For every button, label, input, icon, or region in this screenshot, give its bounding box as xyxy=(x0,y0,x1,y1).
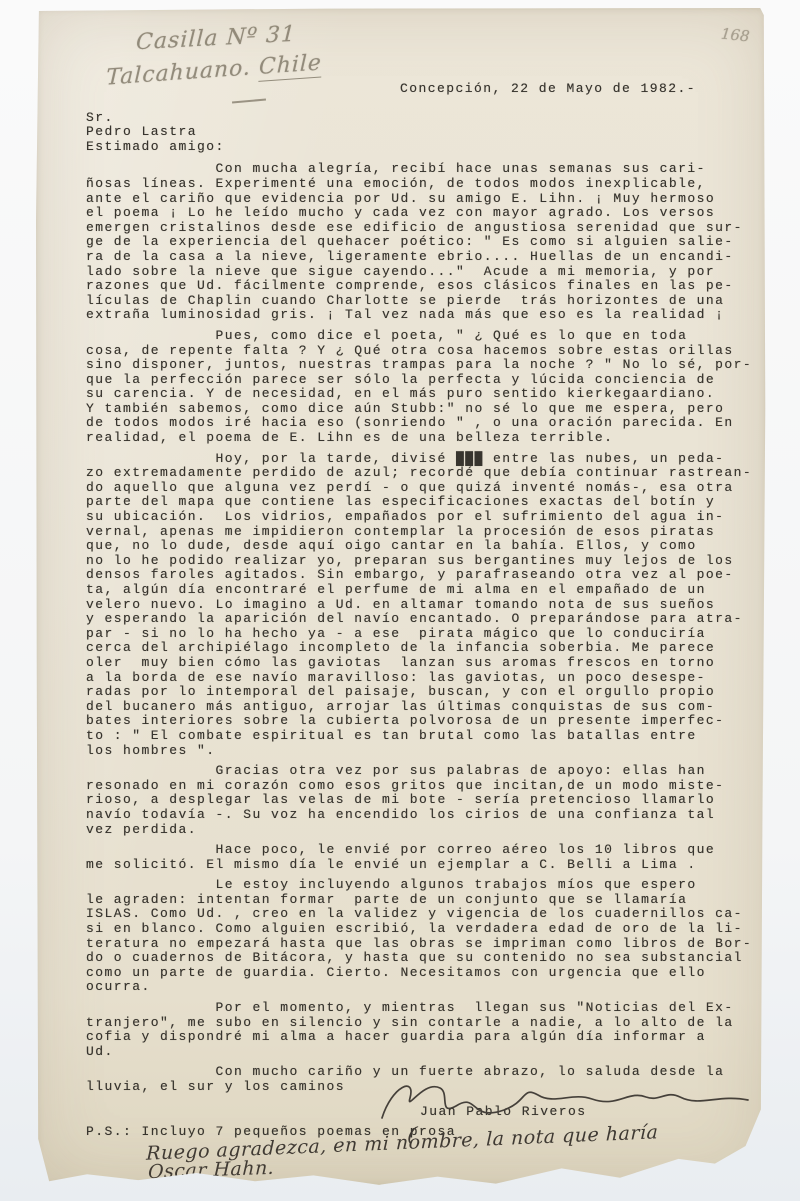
typed-line: emergen cristalinos desde ese edificio d… xyxy=(86,221,764,236)
typed-line: no lo he podido realizar yo, preparan su… xyxy=(86,554,764,569)
typed-line: Con mucho cariño y un fuerte abrazo, lo … xyxy=(86,1065,764,1080)
typed-line: ñosas líneas. Experimenté una emoción, d… xyxy=(86,177,764,192)
typed-line: navío todavía -. Su voz ha encendido los… xyxy=(86,808,764,823)
paragraph: Hace poco, le envié por correo aéreo los… xyxy=(86,843,764,872)
typed-line: ante el cariño que evidencia por Ud. su … xyxy=(86,192,764,207)
paragraph: Con mucho cariño y un fuerte abrazo, lo … xyxy=(86,1065,764,1094)
typed-line: cofia y dispondré mi alma a hacer guardi… xyxy=(86,1030,764,1045)
scan-background: { "colors":{"paper":"#e9e3d4","typed_ink… xyxy=(0,0,800,1201)
typed-line: parte del mapa que contiene las especifi… xyxy=(86,495,764,510)
pencil-annotation-casilla: Casilla Nº 31 xyxy=(135,22,296,55)
typed-line: tranjero", me subo en silencio y sin con… xyxy=(86,1016,764,1031)
typed-line: radas por lo intemporal del paisaje, bus… xyxy=(86,685,764,700)
typed-line: Pues, como dice el poeta, " ¿ Qué es lo … xyxy=(86,329,764,344)
typed-line: zo extremadamente perdido de azul; recor… xyxy=(86,466,764,481)
typed-line: to : " El combate espiritual es tan brut… xyxy=(86,729,764,744)
typed-line: par - si no lo ha hecho ya - a ese pirat… xyxy=(86,627,764,642)
typed-line: extraña luminosidad gris. ¡ Tal vez nada… xyxy=(86,308,764,323)
typed-line: lluvia, el sur y los caminos xyxy=(86,1080,764,1095)
typed-line: su ubicación. Los vidrios, empañados por… xyxy=(86,510,764,525)
typed-line: resonado en mi corazón como esos gritos … xyxy=(86,779,764,794)
typed-line: bates interiores sobre la cubierta polvo… xyxy=(86,714,764,729)
signature-typed-name: Juan Pablo Riveros xyxy=(420,1105,764,1120)
typed-line: y esperando la aparición del navío encan… xyxy=(86,612,764,627)
typed-line: que, no lo dude, desde aquí oigo cantar … xyxy=(86,539,764,554)
paragraph: Por el momento, y mientras llegan sus "N… xyxy=(86,1001,764,1059)
paragraph: Gracias otra vez por sus palabras de apo… xyxy=(86,764,764,837)
typed-line: el poema ¡ Lo he leído mucho y cada vez … xyxy=(86,206,764,221)
typed-text-column: Concepción, 22 de Mayo de 1982.- Sr.Pedr… xyxy=(86,82,764,1140)
typed-line: Estimado amigo: xyxy=(86,140,764,155)
typed-line: le agraden: intentan formar parte de un … xyxy=(86,893,764,908)
typed-line: do aquello que alguna vez perdí - o que … xyxy=(86,481,764,496)
paragraph: Hoy, por la tarde, divisé ███ entre las … xyxy=(86,452,764,758)
typed-line: cosa, de repente falta ? Y ¿ Qué otra co… xyxy=(86,344,764,359)
typed-line: vez perdida. xyxy=(86,823,764,838)
typed-line: Le estoy incluyendo algunos trabajos mío… xyxy=(86,878,764,893)
typed-line: cerca del archipiélago incompleto de la … xyxy=(86,641,764,656)
typed-line: que la perfección parece ser sólo la per… xyxy=(86,373,764,388)
paragraph: Con mucha alegría, recibí hace unas sema… xyxy=(86,162,764,323)
typed-line: Por el momento, y mientras llegan sus "N… xyxy=(86,1001,764,1016)
typed-line: Hoy, por la tarde, divisé ███ entre las … xyxy=(86,452,764,467)
letter-body: Con mucha alegría, recibí hace unas sema… xyxy=(86,162,764,1094)
typed-line: vernal, apenas me impidieron contemplar … xyxy=(86,525,764,540)
recipient-block: Sr.Pedro LastraEstimado amigo: xyxy=(86,111,764,155)
typed-line: del bucanero más antiguo, arrojar las úl… xyxy=(86,700,764,715)
typed-line: Con mucha alegría, recibí hace unas sema… xyxy=(86,162,764,177)
typed-line: Gracias otra vez por sus palabras de apo… xyxy=(86,764,764,779)
typed-line: teratura no empezará hasta que las obras… xyxy=(86,937,764,952)
typed-line: como un parte de guardia. Cierto. Necesi… xyxy=(86,966,764,981)
typed-line: razones que Ud. fácilmente comprende, es… xyxy=(86,279,764,294)
typed-line: sino disponer, juntos, nuestras trampas … xyxy=(86,358,764,373)
typed-line: ta, algún día encontraré el perfume de m… xyxy=(86,583,764,598)
typed-line: de todos modos iré hacia eso (sonriendo … xyxy=(86,416,764,431)
typed-line: los hombres ". xyxy=(86,744,764,759)
country-name: Chile xyxy=(258,50,322,82)
typed-line: ISLAS. Como Ud. , creo en la validez y v… xyxy=(86,907,764,922)
typed-line: su carencia. Y de necesidad, en el más p… xyxy=(86,387,764,402)
page-number-annotation: 168 xyxy=(720,25,750,46)
paragraph: Le estoy incluyendo algunos trabajos mío… xyxy=(86,878,764,995)
typed-line: Sr. xyxy=(86,111,764,126)
paragraph: Pues, como dice el poeta, " ¿ Qué es lo … xyxy=(86,329,764,446)
handwritten-note-line2: Oscar Hahn. xyxy=(148,1157,275,1183)
typed-line: Pedro Lastra xyxy=(86,125,764,140)
typed-line: si en blanco. Como alguien escribió, la … xyxy=(86,922,764,937)
typed-line: Hace poco, le envié por correo aéreo los… xyxy=(86,843,764,858)
typed-line: oler muy bien cómo las gaviotas lanzan s… xyxy=(86,656,764,671)
typed-line: ge de la experiencia del quehacer poétic… xyxy=(86,235,764,250)
letter-page: 168 Casilla Nº 31 Talcahuano. Chile Conc… xyxy=(36,8,766,1186)
typed-line: velero nuevo. Lo imagino a Ud. en altama… xyxy=(86,598,764,613)
typed-line: ra de la casa a la nieve, ligeramente eb… xyxy=(86,250,764,265)
typed-line: ocurra. xyxy=(86,980,764,995)
dateline: Concepción, 22 de Mayo de 1982.- xyxy=(400,82,764,97)
typed-line: lículas de Chaplin cuando Charlotte se p… xyxy=(86,294,764,309)
typed-line: realidad, el poema de E. Lihn es de una … xyxy=(86,431,764,446)
typed-line: a la borda de ese navío maravilloso: las… xyxy=(86,671,764,686)
typed-line: lado sobre la nieve que sigue cayendo...… xyxy=(86,265,764,280)
typed-line: Y también sabemos, como dice aún Stubb:"… xyxy=(86,402,764,417)
typed-line: densos faroles agitados. Sin embargo, y … xyxy=(86,568,764,583)
typed-line: Ud. xyxy=(86,1045,764,1060)
typed-line: do o cuadernos de Bitácora, y hasta que … xyxy=(86,951,764,966)
typed-line: me solicitó. El mismo día le envié un ej… xyxy=(86,858,764,873)
typed-line: rioso, a desplegar las velas de mi bote … xyxy=(86,793,764,808)
